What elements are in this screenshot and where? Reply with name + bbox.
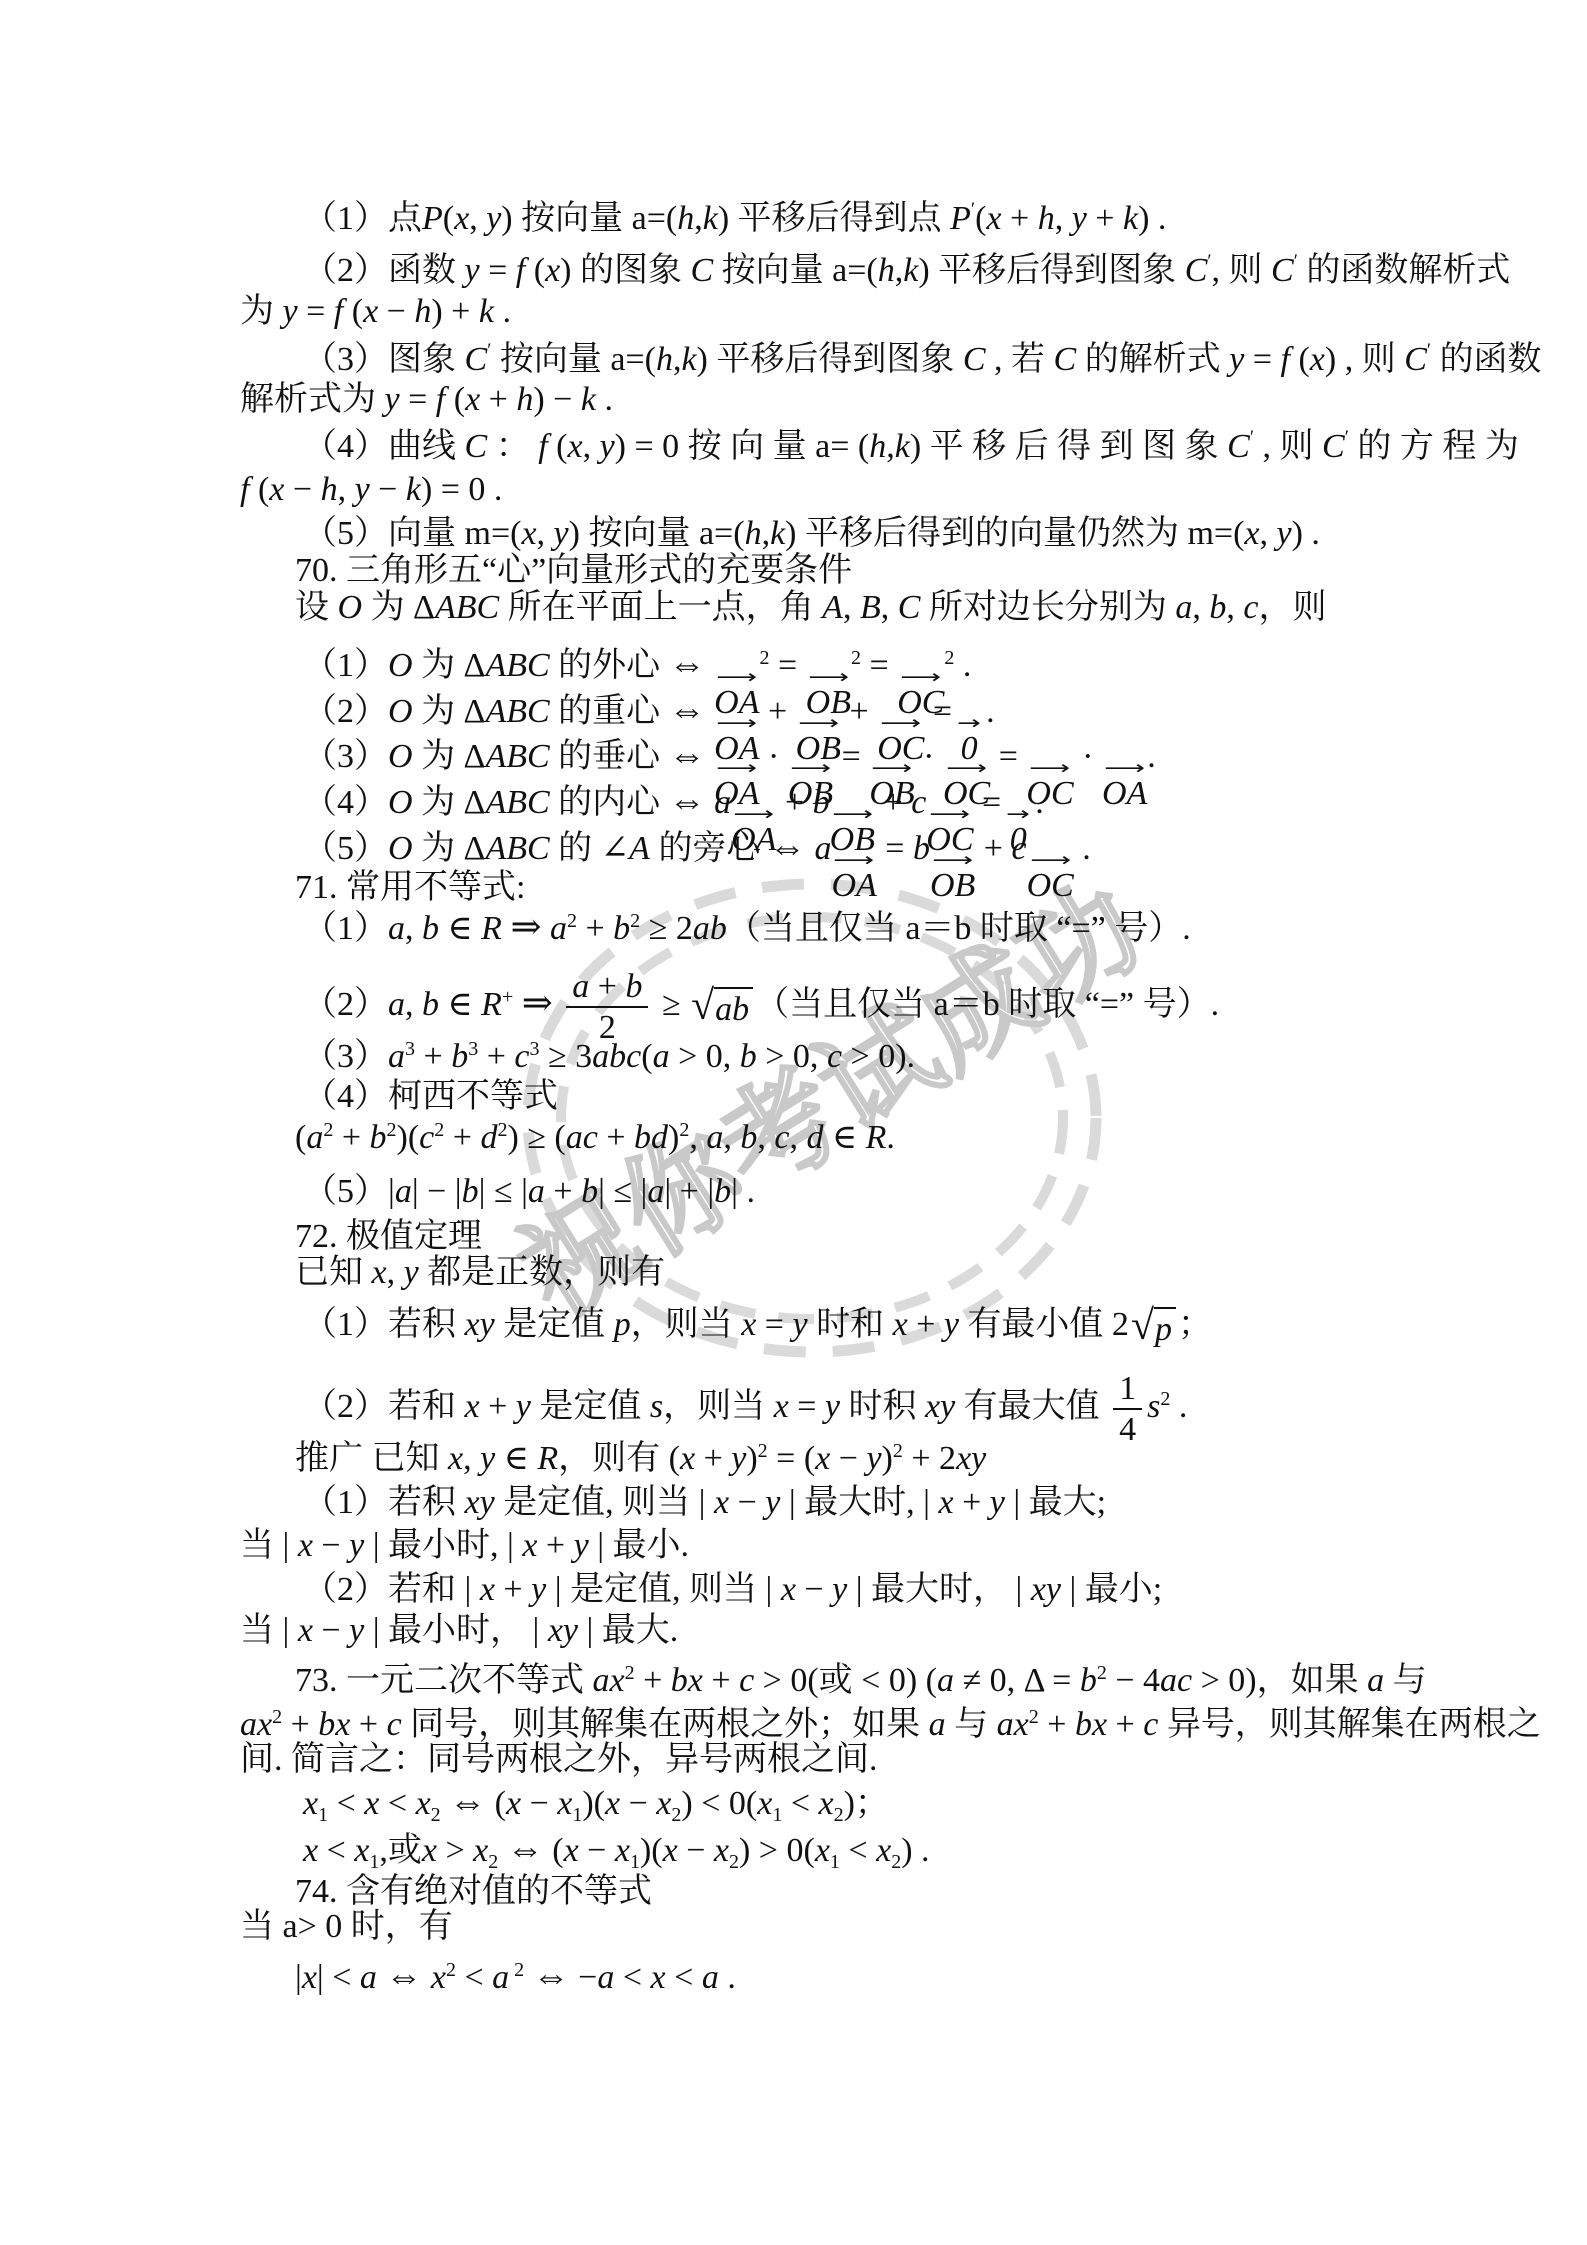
- document-line: 间. 简言之：同号两根之外，异号两根之间.: [240, 1737, 878, 1783]
- document-line: （1）O 为 ΔABC 的外心 ⇔ ⟶OA2 = ⟶OB2 = ⟶OC2 .: [303, 642, 971, 688]
- document-line: （1）a, b ∈ R ⇒ a2 + b2 ≥ 2ab（当且仅当 a＝b 时取 …: [303, 905, 1191, 951]
- document-line: （4）曲线 C ： f (x, y) = 0 按 向 量 a= (h,k) 平 …: [303, 424, 1519, 470]
- document-line: 当 | x − y | 最小时, | x + y | 最小.: [240, 1523, 689, 1569]
- document-line: （4）O 为 ΔABC 的内心 ⇔ a⟶OA + b⟶OB + c⟶OC = →…: [303, 779, 1044, 825]
- document-line: 当 | x − y | 最小时， | xy | 最大.: [240, 1608, 678, 1654]
- document-line: x < x1,或x > x2 ⇔ (x − x1)(x − x2) > 0(x1…: [303, 1827, 930, 1873]
- document-line: （2）函数 y = f (x) 的图象 C 按向量 a=(h,k) 平移后得到图…: [303, 248, 1510, 294]
- document-page: 祝你考试成功 （1）点P(x, y) 按向量 a=(h,k) 平移后得到点 P′…: [0, 0, 1587, 2245]
- document-line: （1）点P(x, y) 按向量 a=(h,k) 平移后得到点 P′(x + h,…: [303, 196, 1166, 242]
- document-line: （5）|a| − |b| ≤ |a + b| ≤ |a| + |b| .: [303, 1169, 755, 1215]
- document-line: （2）若和 | x + y | 是定值, 则当 | x − y | 最大时， |…: [303, 1567, 1162, 1613]
- document-line: 当 a> 0 时，有: [240, 1904, 453, 1950]
- document-line: 设 O 为 ΔABC 所在平面上一点，角 A, B, C 所对边长分别为 a, …: [295, 585, 1327, 631]
- document-line: (a2 + b2)(c2 + d2) ≥ (ac + bd)2, a, b, c…: [295, 1115, 895, 1161]
- document-line: （1）若积 xy 是定值 p，则当 x = y 时和 x + y 有最小值 2√…: [303, 1302, 1212, 1348]
- document-line: 已知 x, y 都是正数，则有: [295, 1250, 665, 1296]
- document-line: （2）a, b ∈ R+ ⇒ a + b2 ≥ √ab（当且仅当 a＝b 时取 …: [303, 967, 1219, 1013]
- document-line: |x| < a ⇔ x2 < a 2 ⇔ −a < x < a .: [295, 1954, 736, 2000]
- document-line: 推广 已知 x, y ∈ R，则有 (x + y)2 = (x − y)2 + …: [295, 1436, 986, 1482]
- document-line: （1）若积 xy 是定值, 则当 | x − y | 最大时, | x + y …: [303, 1480, 1106, 1526]
- document-line: 为 y = f (x − h) + k .: [240, 289, 511, 335]
- document-line: f (x − h, y − k) = 0 .: [240, 467, 502, 513]
- document-line: （2）若和 x + y 是定值 s，则当 x = y 时积 xy 有最大值 14…: [303, 1369, 1187, 1415]
- document-line: x1 < x < x2 ⇔ (x − x1)(x − x2) < 0(x1 < …: [303, 1780, 889, 1826]
- document-line: 73. 一元二次不等式 ax2 + bx + c > 0(或 < 0) (a ≠…: [295, 1658, 1427, 1704]
- document-line: （2）O 为 ΔABC 的重心 ⇔ ⟶OA + ⟶OB + ⟶OC = →0 .: [303, 688, 995, 734]
- document-content: （1）点P(x, y) 按向量 a=(h,k) 平移后得到点 P′(x + h,…: [0, 0, 1587, 2245]
- document-line: 解析式为 y = f (x + h) − k .: [240, 377, 613, 423]
- document-line: （4）柯西不等式: [303, 1074, 558, 1120]
- document-line: （3）O 为 ΔABC 的垂心 ⇔ ⟶OA · ⟶OB = ⟶OB · ⟶OC …: [303, 733, 1156, 779]
